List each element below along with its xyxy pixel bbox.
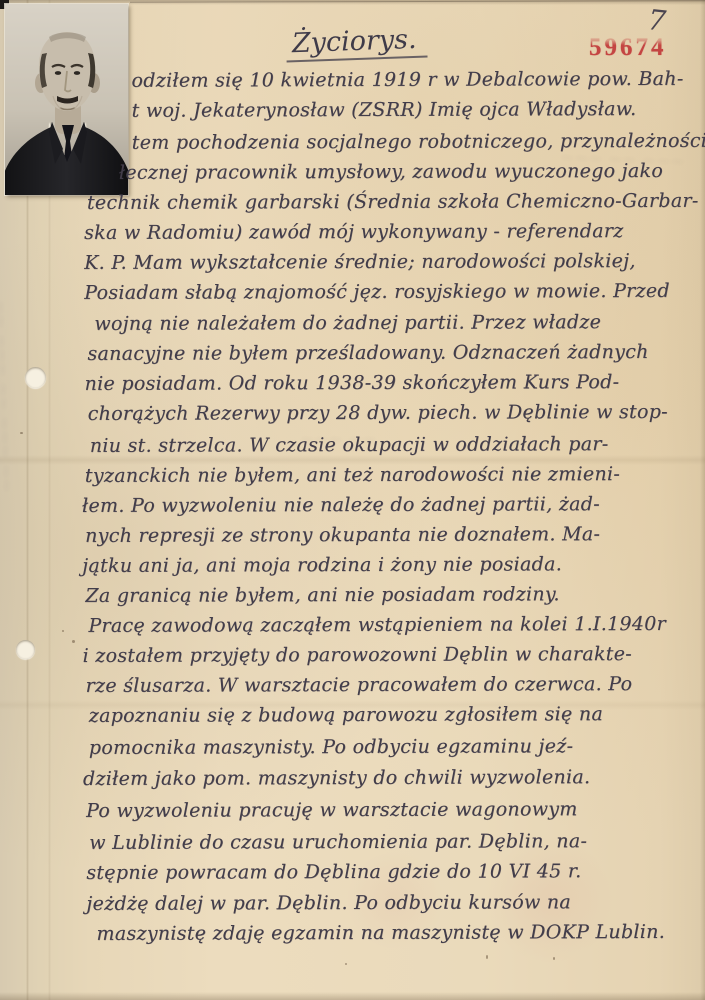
handwritten-line: jątku ani ja, ani moja rodzina i żony ni… — [82, 553, 562, 577]
handwritten-line: ska w Radomiu) zawód mój wykonywany - re… — [84, 220, 624, 244]
handwritten-line: sanacyjne nie byłem prześladowany. Odzna… — [87, 341, 648, 365]
handwritten-line: tem pochodzenia socjalnego robotniczego,… — [132, 130, 705, 154]
handwritten-line: wojną nie należałem do żadnej partii. Pr… — [94, 311, 601, 335]
handwritten-line: jeżdżę dalej w par. Dęblin. Po odbyciu k… — [86, 891, 571, 915]
handwritten-line: pomocnika maszynisty. Po odbyciu egzamin… — [89, 735, 573, 759]
handwritten-line: Za granicą nie byłem, ani nie posiadam r… — [85, 583, 559, 607]
handwritten-line: t woj. Jekaterynosław (ZSRR) Imię ojca W… — [132, 98, 637, 122]
handwritten-line: i zostałem przyjęty do parowozowni Dębli… — [83, 643, 632, 667]
punch-hole — [16, 640, 35, 659]
handwritten-line: łecznej pracownik umysłowy, zawodu wyucz… — [119, 160, 663, 184]
punch-hole — [25, 367, 46, 388]
handwritten-line: nych represji ze strony okupanta nie doz… — [85, 523, 600, 547]
handwritten-line: chorążych Rezerwy przy 28 dyw. piech. w … — [88, 401, 668, 425]
handwritten-line: tyzanckich nie byłem, ani też narodowośc… — [85, 463, 620, 487]
handwritten-line: nie posiadam. Od roku 1938-39 skończyłem… — [85, 371, 620, 395]
handwritten-line: niu st. strzelca. W czasie okupacji w od… — [90, 433, 609, 457]
handwritten-line: Po wyzwoleniu pracuję w warsztacie wagon… — [86, 798, 578, 822]
handwritten-line: stępnie powracam do Dęblina gdzie do 10 … — [86, 860, 581, 884]
handwritten-line: technik chemik garbarski (Średnia szkoła… — [87, 190, 699, 214]
handwritten-line: Pracę zawodową zacząłem wstąpieniem na k… — [88, 613, 666, 637]
handwritten-line: K. P. Mam wykształcenie średnie; narodow… — [84, 250, 636, 274]
handwritten-line: zapoznaniu się z budową parowozu zgłosił… — [89, 703, 603, 727]
handwritten-line: Posiadam słabą znajomość jęz. rosyjskieg… — [84, 280, 670, 304]
handwritten-line: rze ślusarza. W warsztacie pracowałem do… — [86, 673, 633, 697]
document-scan: ~~~ ~~ ~~~ ~~ ~~~ ~~ ~~~ ~~ ~~~ ~~ — [0, 0, 705, 1000]
handwritten-lines: odziłem się 10 kwietnia 1919 r w Debalco… — [0, 0, 705, 1000]
handwritten-line: odziłem się 10 kwietnia 1919 r w Debalco… — [131, 68, 683, 92]
handwritten-line: dziłem jako pom. maszynisty do chwili wy… — [83, 766, 590, 790]
handwritten-line: maszynistę zdaję egzamin na maszynistę w… — [96, 921, 665, 945]
handwritten-line: w Lublinie do czasu uruchomienia par. Dę… — [89, 830, 587, 854]
handwritten-line: łem. Po wyzwoleniu nie należę do żadnej … — [82, 493, 600, 517]
